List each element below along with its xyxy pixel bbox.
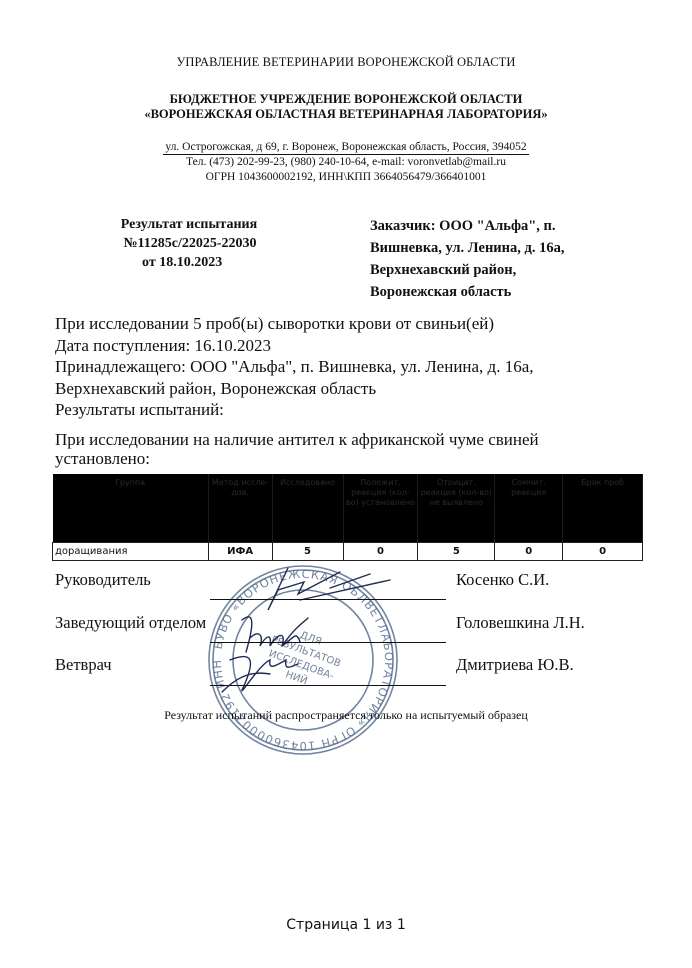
body-line: При исследовании 5 проб(ы) сыворотки кро… (55, 313, 655, 335)
cell-negative: 5 (418, 543, 495, 561)
column-header: Группа (53, 474, 209, 543)
organization-registration: ОГРН 1043600002192, ИНН\КПП 3664056479/3… (0, 171, 692, 183)
body-line: Принадлежащего: ООО "Альфа", п. Вишневка… (55, 356, 655, 378)
body-line: Дата поступления: 16.10.2023 (55, 335, 655, 357)
organization-name-line1: БЮДЖЕТНОЕ УЧРЕЖДЕНИЕ ВОРОНЕЖСКОЙ ОБЛАСТИ (0, 92, 692, 107)
cell-positive: 0 (343, 543, 418, 561)
cell-group: доращивания (53, 543, 209, 561)
handwritten-signatures (200, 560, 440, 710)
validity-note: Результат испытаний распространяется тол… (0, 708, 692, 723)
signature-head (242, 617, 308, 652)
signature-name: Головешкина Л.Н. (456, 613, 585, 633)
cell-doubtful: 0 (495, 543, 563, 561)
column-header: Исследовано (272, 474, 343, 543)
study-line: При исследовании на наличие антител к аф… (55, 430, 655, 449)
customer-line: Заказчик: ООО "Альфа", п. (370, 215, 630, 237)
organization-name-line2: «ВОРОНЕЖСКАЯ ОБЛАСТНАЯ ВЕТЕРИНАРНАЯ ЛАБО… (0, 107, 692, 122)
column-header: Метод иссле­дов. (208, 474, 272, 543)
signature-vet (222, 656, 298, 692)
signature-name: Дмитриева Ю.В. (456, 655, 574, 675)
study-line: установлено: (55, 449, 655, 468)
column-header: Брак проб (563, 474, 643, 543)
signature-role: Ветврач (55, 655, 112, 675)
cell-method: ИФА (208, 543, 272, 561)
table-row: доращивания ИФА 5 0 5 0 0 (53, 543, 643, 561)
signature-line (210, 599, 446, 600)
organization-contacts: Тел. (473) 202-99-23, (980) 240-10-64, e… (0, 156, 692, 168)
results-table: Группа Метод иссле­дов. Исследовано Поло… (52, 474, 643, 561)
signature-line (210, 642, 446, 643)
department-heading: УПРАВЛЕНИЕ ВЕТЕРИНАРИИ ВОРОНЕЖСКОЙ ОБЛАС… (0, 55, 692, 70)
study-description: При исследовании на наличие антител к аф… (55, 430, 655, 468)
column-header: Сомнит. реакция (495, 474, 563, 543)
signature-director (268, 568, 390, 610)
address-text: ул. Острогожская, д 69, г. Воронеж, Воро… (163, 141, 528, 155)
customer-line: Воронежская область (370, 281, 630, 303)
customer-block: Заказчик: ООО "Альфа", п. Вишневка, ул. … (370, 215, 630, 303)
sample-description: При исследовании 5 проб(ы) сыворотки кро… (55, 313, 655, 421)
signature-line (210, 685, 446, 686)
page-number: Страница 1 из 1 (0, 917, 692, 933)
customer-line: Верхнехавский район, (370, 259, 630, 281)
customer-line: Вишневка, ул. Ленина, д. 16а, (370, 237, 630, 259)
result-title-block: Результат испытания №11285с/22025-22030 … (90, 215, 290, 272)
result-number: №11285с/22025-22030 (90, 234, 290, 253)
result-date: от 18.10.2023 (90, 253, 290, 272)
cell-rejected: 0 (563, 543, 643, 561)
table-header-row: Группа Метод иссле­дов. Исследовано Поло… (53, 474, 643, 543)
body-line: Верхнехавский район, Воронежская область (55, 378, 655, 400)
column-header: Отрицат. реакция (кол-во) не выявлено (418, 474, 495, 543)
organization-address: ул. Острогожская, д 69, г. Воронеж, Воро… (0, 141, 692, 153)
body-line: Результаты испытаний: (55, 399, 655, 421)
signature-role: Заведующий отделом (55, 613, 206, 633)
result-title: Результат испытания (88, 215, 290, 234)
signature-role: Руководитель (55, 570, 151, 590)
column-header: Положит. реакция (кол-во) установлено (343, 474, 418, 543)
signature-name: Косенко С.И. (456, 570, 549, 590)
cell-tested: 5 (272, 543, 343, 561)
